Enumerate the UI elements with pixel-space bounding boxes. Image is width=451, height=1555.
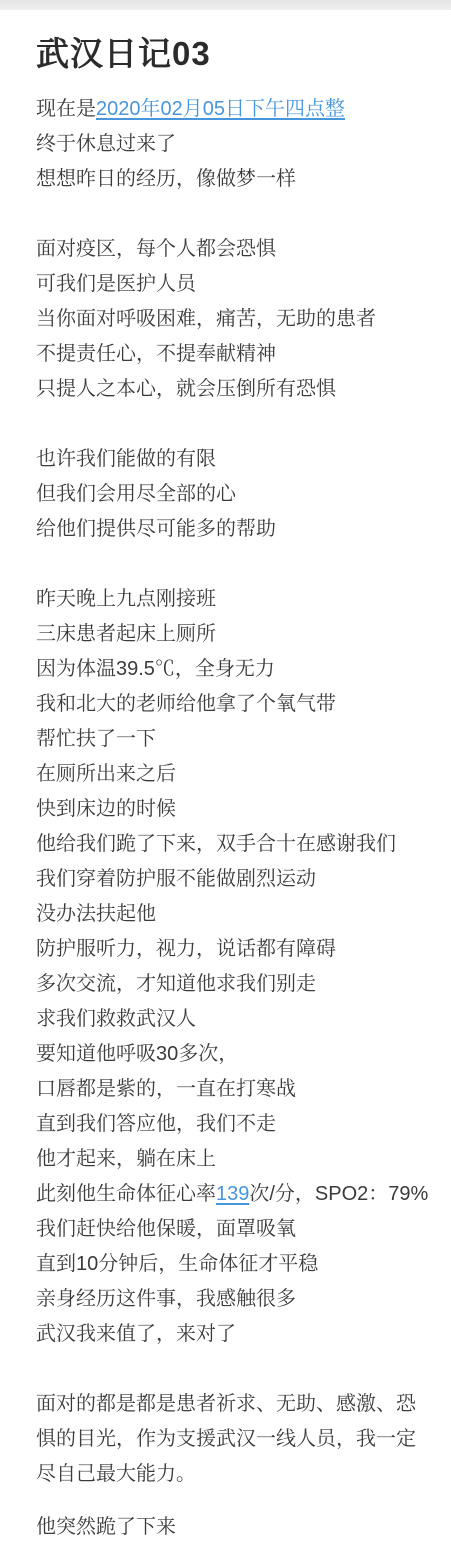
text-line: 面对的都是都是患者祈求、无助、感激、恐惧的目光，作为支援武汉一线人员，我一定尽自… [36,1387,423,1492]
text-line: 面对疫区，每个人都会恐惧 [36,232,423,267]
paragraph: 他突然跪了下来 [36,1510,423,1545]
text-line: 我和北大的老师给他拿了个氧气带 [36,687,423,722]
text-segment: 给他们提供尽可能多的帮助 [36,518,276,540]
text-line: 想想昨日的经历，像做梦一样 [36,162,423,197]
text-line: 我们穿着防护服不能做剧烈运动 [36,862,423,897]
text-segment: 也许我们能做的有限 [36,448,216,470]
text-segment: 多次交流，才知道他求我们别走 [36,973,316,995]
text-segment: 因为体温39.5℃，全身无力 [36,658,275,680]
paragraph: 昨天晚上九点刚接班三床患者起床上厕所因为体温39.5℃，全身无力我和北大的老师给… [36,582,423,1352]
text-segment: 快到床边的时候 [36,798,176,820]
text-line: 求我们救救武汉人 [36,1002,423,1037]
text-segment: 此刻他生命体征心率 [36,1183,216,1205]
text-segment: 帮忙扶了一下 [36,728,156,750]
text-line: 昨天晚上九点刚接班 [36,582,423,617]
text-segment: 终于休息过来了 [36,133,176,155]
text-segment: 只提人之本心，就会压倒所有恐惧 [36,378,336,400]
text-line: 终于休息过来了 [36,127,423,162]
text-segment: 不提责任心，不提奉献精神 [36,343,276,365]
text-line: 防护服听力，视力，说话都有障碍 [36,932,423,967]
text-line: 当你面对呼吸困难，痛苦，无助的患者 [36,302,423,337]
text-segment: 面对的都是都是患者祈求、无助、感激、恐惧的目光，作为支援武汉一线人员，我一定尽自… [36,1393,416,1485]
text-line: 但我们会用尽全部的心 [36,477,423,512]
text-segment: 面对疫区，每个人都会恐惧 [36,238,276,260]
text-line: 三床患者起床上厕所 [36,617,423,652]
text-segment: 但我们会用尽全部的心 [36,483,236,505]
text-line: 帮忙扶了一下 [36,722,423,757]
paragraph: 面对疫区，每个人都会恐惧可我们是医护人员当你面对呼吸困难，痛苦，无助的患者不提责… [36,232,423,407]
text-line: 此刻他生命体征心率139次/分，SPO2：79% [36,1177,423,1212]
text-line: 在厕所出来之后 [36,757,423,792]
text-segment: 他突然跪了下来 [36,1516,176,1538]
text-segment: 武汉我来值了，来对了 [36,1323,236,1345]
text-line: 也许我们能做的有限 [36,442,423,477]
text-segment: 直到我们答应他，我们不走 [36,1113,276,1135]
text-segment: 想想昨日的经历，像做梦一样 [36,168,296,190]
text-line: 因为体温39.5℃，全身无力 [36,652,423,687]
text-line: 我们赶快给他保暖，面罩吸氧 [36,1212,423,1247]
text-segment: 三床患者起床上厕所 [36,623,216,645]
status-bar-remnant [0,0,451,10]
text-segment: 口唇都是紫的，一直在打寒战 [36,1078,296,1100]
text-line: 现在是2020年02月05日下午四点整 [36,92,423,127]
text-line: 快到床边的时候 [36,792,423,827]
text-line: 亲身经历这件事，我感触很多 [36,1282,423,1317]
text-line: 没办法扶起他 [36,897,423,932]
text-line: 要知道他呼吸30多次， [36,1037,423,1072]
text-line: 武汉我来值了，来对了 [36,1317,423,1352]
text-segment: 求我们救救武汉人 [36,1008,196,1030]
text-line: 直到10分钟后，生命体征才平稳 [36,1247,423,1282]
text-segment: 直到10分钟后，生命体征才平稳 [36,1253,318,1275]
diary-document: 武汉日记03 现在是2020年02月05日下午四点整终于休息过来了想想昨日的经历… [0,10,451,1545]
text-line: 可我们是医护人员 [36,267,423,302]
text-line: 给他们提供尽可能多的帮助 [36,512,423,547]
text-segment: 没办法扶起他 [36,903,156,925]
text-segment: 在厕所出来之后 [36,763,176,785]
paragraph: 也许我们能做的有限但我们会用尽全部的心给他们提供尽可能多的帮助 [36,442,423,547]
heart-rate-link[interactable]: 139 [216,1183,249,1205]
text-line: 他突然跪了下来 [36,1510,423,1545]
text-line: 多次交流，才知道他求我们别走 [36,967,423,1002]
text-segment: 亲身经历这件事，我感触很多 [36,1288,296,1310]
text-segment: 防护服听力，视力，说话都有障碍 [36,938,336,960]
text-segment: 我们赶快给他保暖，面罩吸氧 [36,1218,296,1240]
paragraph: 面对的都是都是患者祈求、无助、感激、恐惧的目光，作为支援武汉一线人员，我一定尽自… [36,1387,423,1492]
text-segment: 要知道他呼吸30多次， [36,1043,238,1065]
datetime-link[interactable]: 2020年02月05日下午四点整 [96,98,345,120]
text-segment: 他给我们跪了下来，双手合十在感谢我们 [36,833,396,855]
text-segment: 他才起来，躺在床上 [36,1148,216,1170]
text-segment: 可我们是医护人员 [36,273,196,295]
page-title: 武汉日记03 [36,34,423,74]
text-segment: 现在是 [36,98,96,120]
document-body: 现在是2020年02月05日下午四点整终于休息过来了想想昨日的经历，像做梦一样面… [36,92,423,1545]
text-line: 他才起来，躺在床上 [36,1142,423,1177]
text-line: 不提责任心，不提奉献精神 [36,337,423,372]
paragraph: 现在是2020年02月05日下午四点整终于休息过来了想想昨日的经历，像做梦一样 [36,92,423,197]
text-segment: 昨天晚上九点刚接班 [36,588,216,610]
text-segment: 我们穿着防护服不能做剧烈运动 [36,868,316,890]
text-segment: 次/分，SPO2：79% [249,1183,428,1205]
text-line: 只提人之本心，就会压倒所有恐惧 [36,372,423,407]
text-segment: 我和北大的老师给他拿了个氧气带 [36,693,336,715]
text-line: 他给我们跪了下来，双手合十在感谢我们 [36,827,423,862]
text-line: 直到我们答应他，我们不走 [36,1107,423,1142]
text-segment: 当你面对呼吸困难，痛苦，无助的患者 [36,308,376,330]
text-line: 口唇都是紫的，一直在打寒战 [36,1072,423,1107]
